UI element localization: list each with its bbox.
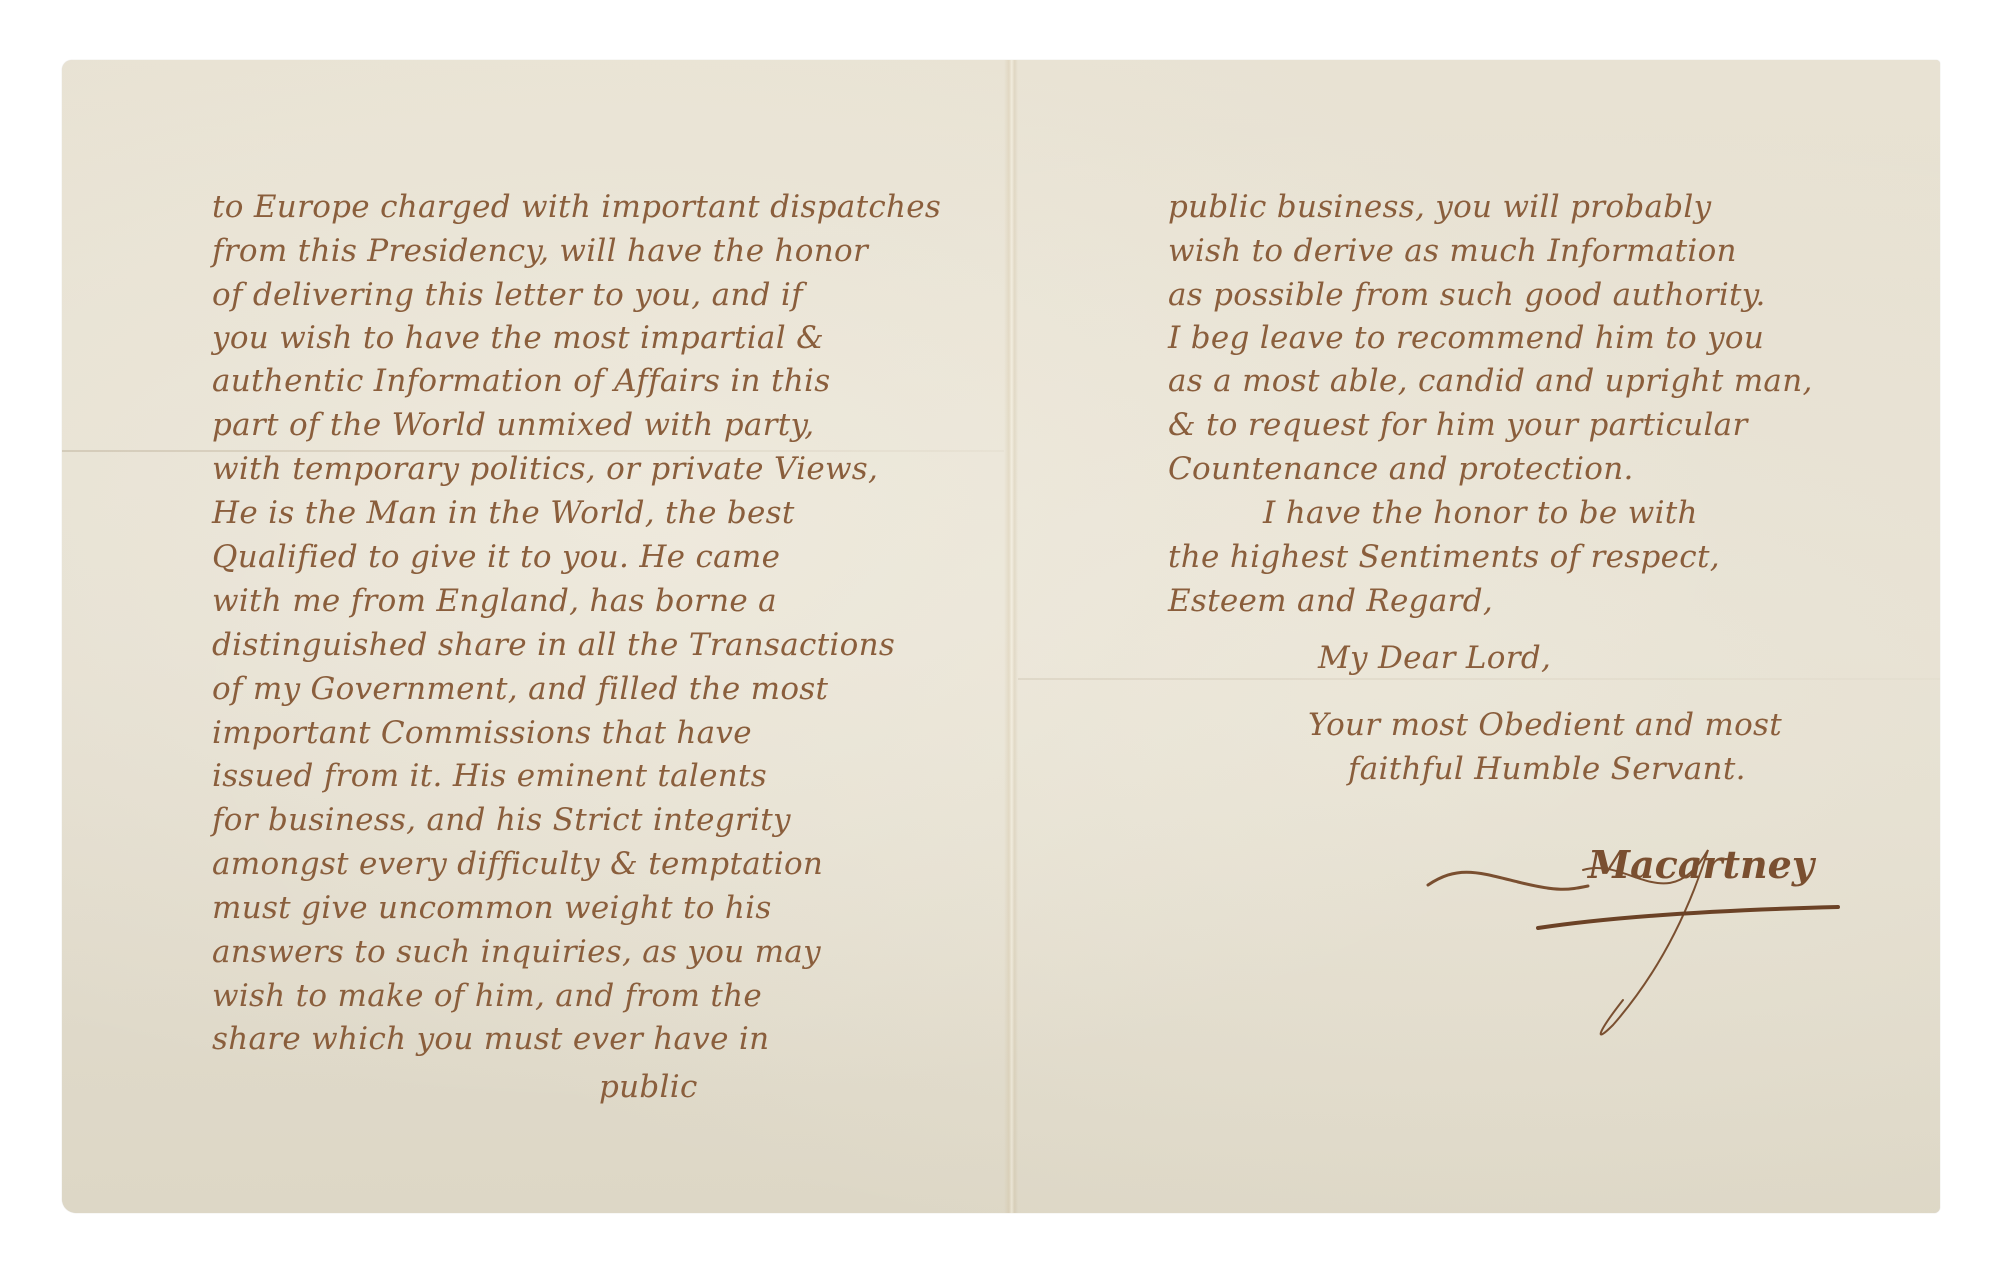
- letter-line: authentic Information of Affairs in this: [212, 366, 830, 397]
- letter-sheet: to Europe charged with important dispatc…: [62, 60, 1940, 1213]
- catchword: public: [599, 1072, 698, 1103]
- signature: Macartney: [1588, 842, 1814, 887]
- letter-line: with temporary politics, or private View…: [212, 454, 878, 485]
- salutation: My Dear Lord,: [1318, 643, 1551, 674]
- center-fold: [1004, 60, 1018, 1213]
- closing-line: Esteem and Regard,: [1168, 586, 1493, 617]
- letter-line: wish to make of him, and from the: [212, 981, 762, 1012]
- letter-line: part of the World unmixed with party,: [212, 410, 814, 441]
- letter-line: from this Presidency, will have the hono…: [212, 236, 868, 267]
- letter-line: answers to such inquiries, as you may: [212, 937, 821, 968]
- letter-line: to Europe charged with important dispatc…: [212, 192, 941, 223]
- letter-line: of delivering this letter to you, and if: [212, 280, 803, 311]
- letter-line: He is the Man in the World, the best: [212, 498, 795, 529]
- letter-line: important Commissions that have: [212, 718, 752, 749]
- letter-line: of my Government, and filled the most: [212, 674, 828, 705]
- letter-line: Countenance and protection.: [1168, 454, 1634, 485]
- closing-line: I have the honor to be with: [1263, 498, 1698, 529]
- valediction-line: faithful Humble Servant.: [1348, 754, 1746, 785]
- right-page: public business, you will probably wish …: [1018, 60, 1940, 1213]
- letter-line: public business, you will probably: [1168, 192, 1711, 223]
- letter-line: with me from England, has borne a: [212, 586, 777, 617]
- letter-line: wish to derive as much Information: [1168, 236, 1737, 267]
- closing-line: the highest Sentiments of respect,: [1168, 542, 1720, 573]
- letter-line: Qualified to give it to you. He came: [212, 542, 780, 573]
- letter-line: as a most able, candid and upright man,: [1168, 366, 1813, 397]
- letter-line: must give uncommon weight to his: [212, 893, 772, 924]
- letter-line: as possible from such good authority.: [1168, 280, 1766, 311]
- left-page: to Europe charged with important dispatc…: [62, 60, 1004, 1213]
- valediction-line: Your most Obedient and most: [1308, 710, 1782, 741]
- letter-line: for business, and his Strict integrity: [212, 805, 791, 836]
- letter-line: amongst every difficulty & temptation: [212, 849, 823, 880]
- letter-line: & to request for him your particular: [1168, 410, 1748, 441]
- letter-line: distinguished share in all the Transacti…: [212, 630, 895, 661]
- letter-line: share which you must ever have in: [212, 1024, 769, 1055]
- letter-line: issued from it. His eminent talents: [212, 761, 767, 792]
- letter-line: you wish to have the most impartial &: [212, 323, 824, 354]
- letter-line: I beg leave to recommend him to you: [1168, 323, 1764, 354]
